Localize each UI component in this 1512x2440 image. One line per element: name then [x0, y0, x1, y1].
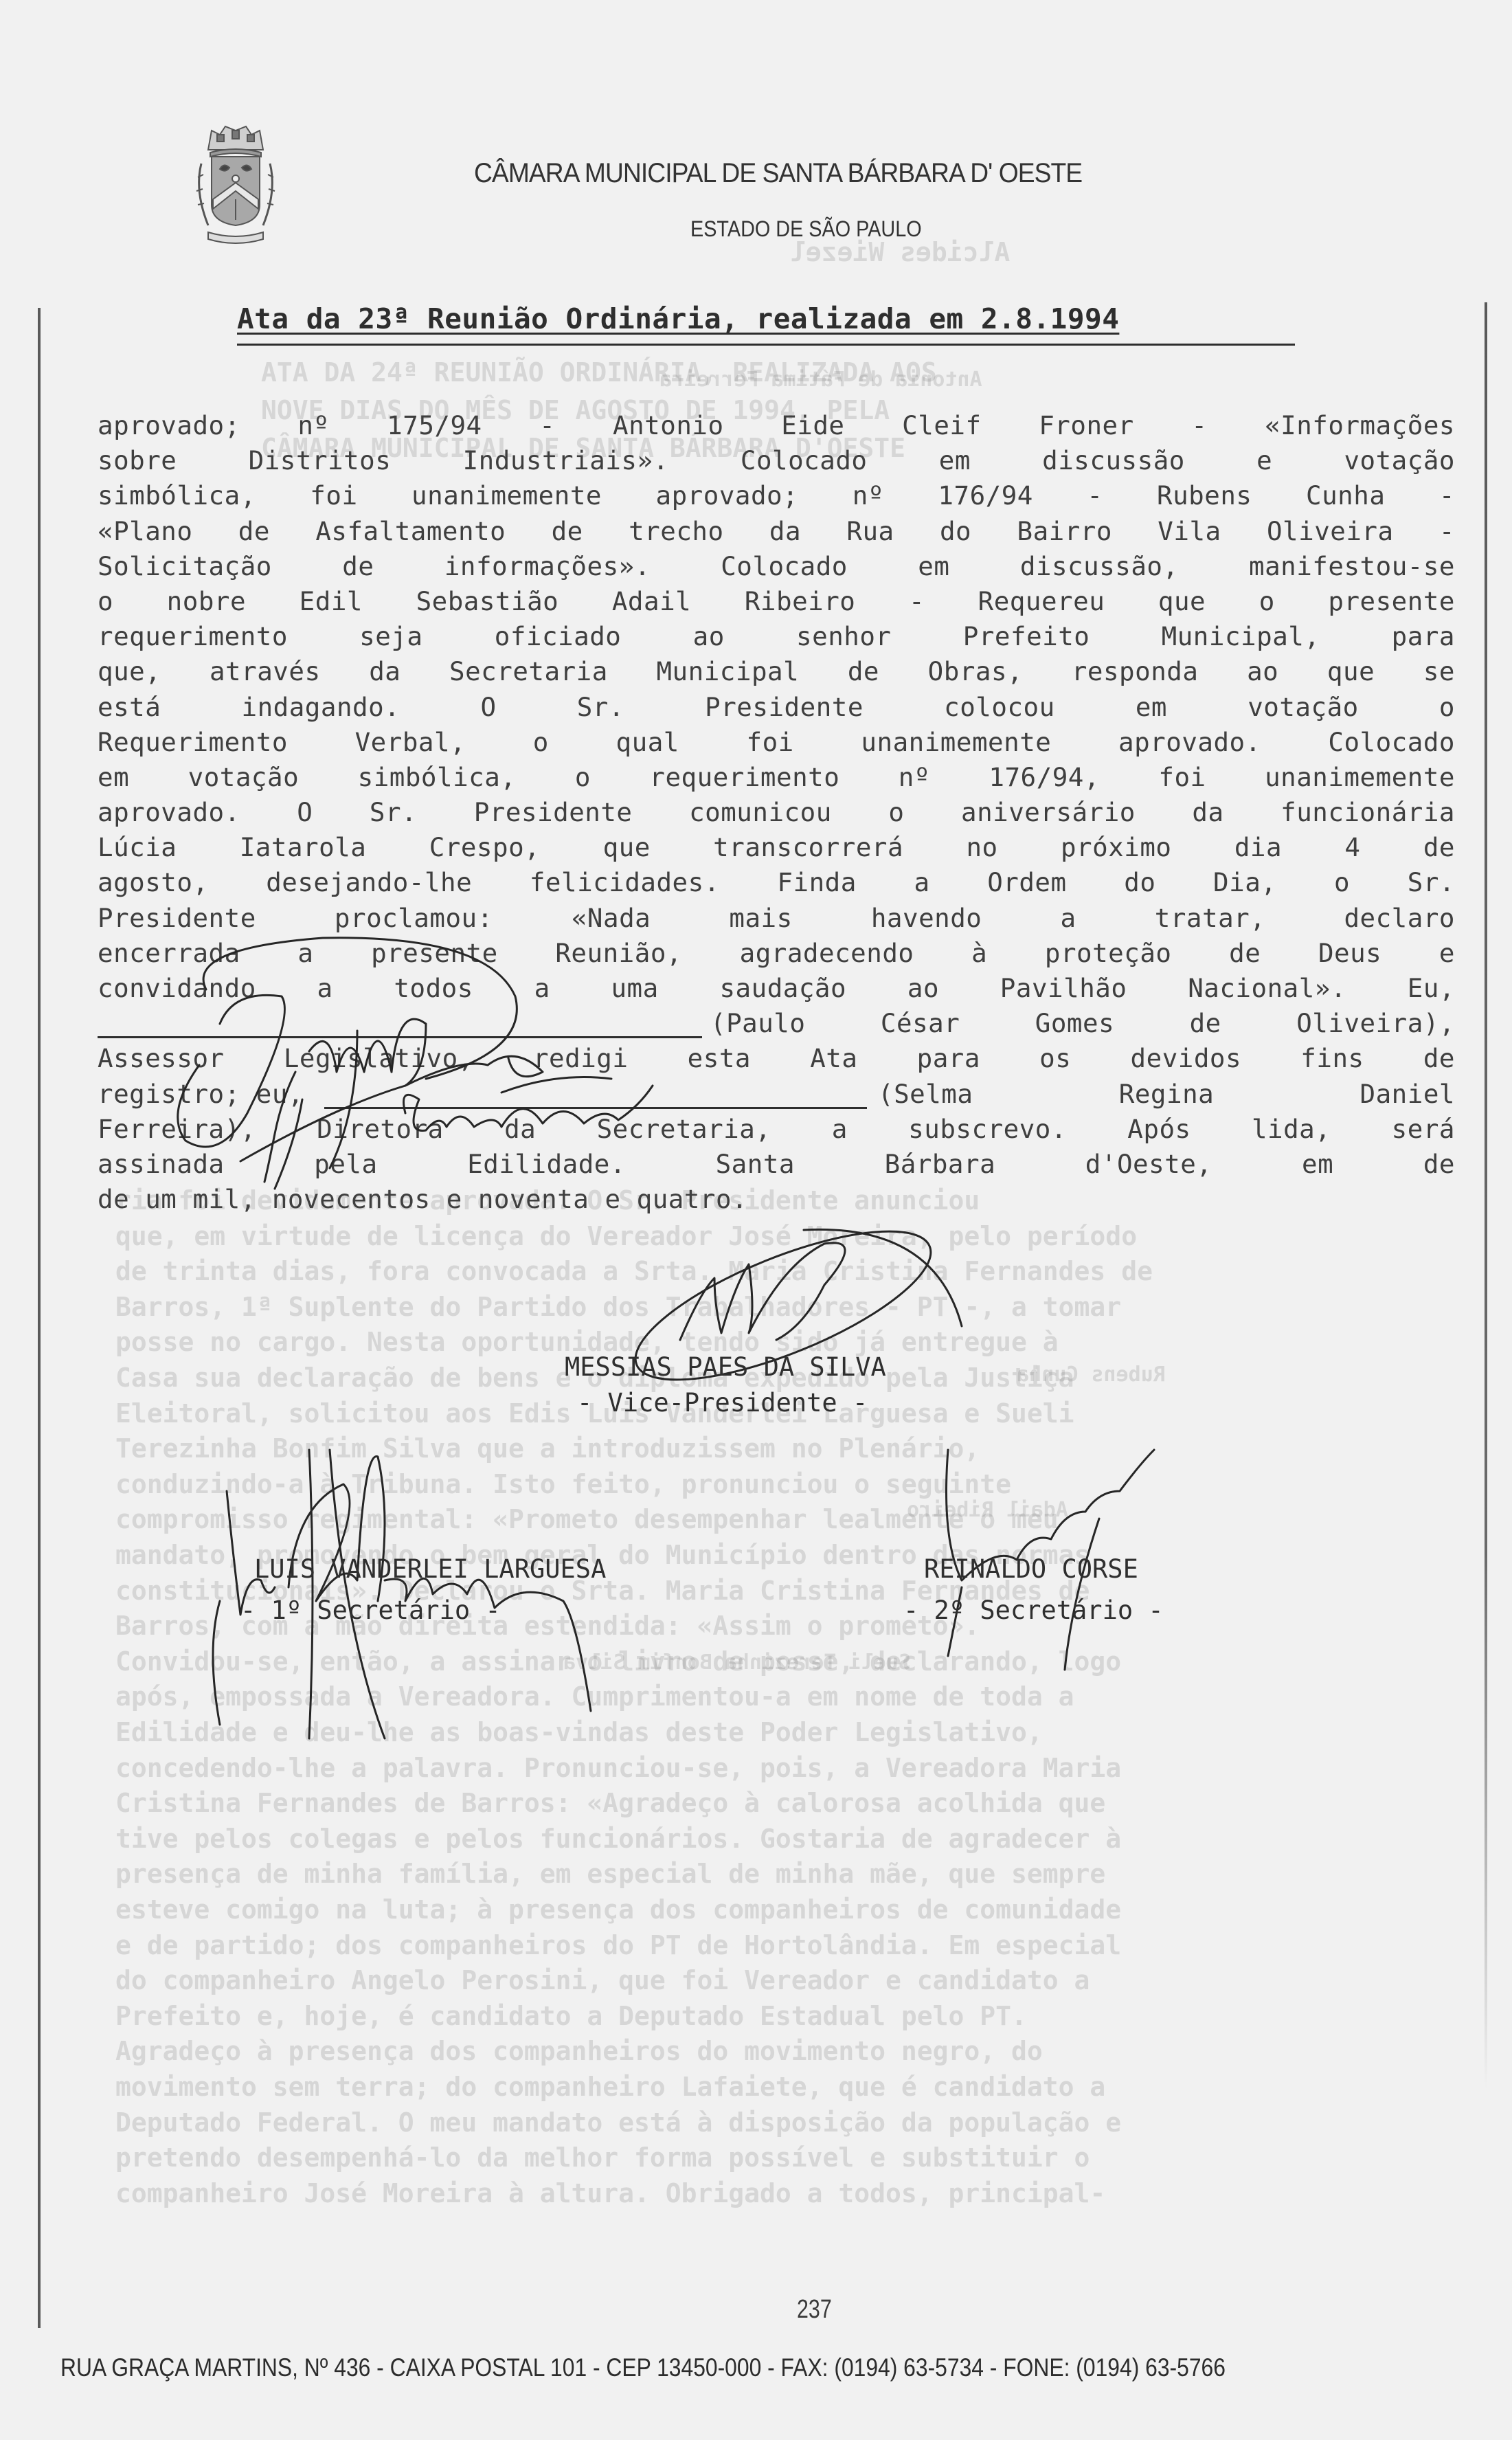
body-line: sobre Distritos Industriais». Colocado e…: [98, 443, 1455, 478]
body-line: Lúcia Iatarola Crespo, que transcorrerá …: [98, 830, 1455, 865]
second-secretary-role: - 2º Secretário -: [903, 1596, 1164, 1625]
subscriber-name: (Selma Regina Daniel: [878, 1077, 1455, 1112]
ghost-text-line: do companheiro Angelo Perosini, que foi …: [115, 1965, 1090, 1995]
body-line: «Plano de Asfaltamento de trecho da Rua …: [98, 514, 1455, 549]
first-secretary-role: - 1º Secretário -: [240, 1596, 501, 1625]
ghost-text-line: pretendo desempenhá-lo da melhor forma p…: [115, 2142, 1090, 2173]
body-line: requerimento seja oficiado ao senhor Pre…: [98, 619, 1455, 654]
organization-name: CÂMARA MUNICIPAL DE SANTA BÁRBARA D' OES…: [474, 158, 1082, 189]
title-underline: [237, 344, 1295, 346]
second-secretary-name: REINALDO CORSE: [924, 1554, 1138, 1584]
body-line: Solicitação de informações». Colocado em…: [98, 549, 1455, 584]
vice-president-role: - Vice-Presidente -: [577, 1388, 868, 1418]
ghost-text-line: esteve comigo na luta; à presença dos co…: [115, 1894, 1121, 1925]
coat-of-arms-icon: [184, 122, 287, 249]
document-title: Ata da 23ª Reunião Ordinária, realizada …: [237, 302, 1119, 335]
ghost-text-line: concedendo-lhe a palavra. Pronunciou-se,…: [115, 1753, 1121, 1783]
ghost-text-line: tive pelos colegas e pelos funcionários.…: [115, 1824, 1121, 1854]
body-line: o nobre Edil Sebastião Adail Ribeiro - R…: [98, 584, 1455, 619]
ghost-text-line: Cristina Fernandes de Barros: «Agradeço …: [115, 1788, 1105, 1818]
signature-selma-regina: [199, 1058, 680, 1196]
ghost-text-line: movimento sem terra; do companheiro Lafa…: [115, 2072, 1105, 2102]
body-line: agosto, desejando-lhe felicidades. Finda…: [98, 865, 1455, 900]
organization-state: ESTADO DE SÃO PAULO: [690, 216, 922, 242]
ghost-text-line: presença de minha família, em especial d…: [115, 1859, 1105, 1889]
body-line: está indagando. O Sr. Presidente colocou…: [98, 690, 1455, 725]
ghost-text-line: Deputado Federal. O meu mandato está à d…: [115, 2107, 1121, 2138]
signature-reinaldo-corse: [893, 1422, 1223, 1670]
body-line: aprovado. O Sr. Presidente comunicou o a…: [98, 795, 1455, 830]
ghost-text-line: e de partido; dos companheiros do PT de …: [115, 1930, 1121, 1960]
body-line: simbólica, foi unanimemente aprovado; nº…: [98, 478, 1455, 513]
footer-address: RUA GRAÇA MARTINS, Nº 436 - CAIXA POSTAL…: [60, 2353, 1226, 2382]
ghost-text-line: Agradeço à presença dos companheiros do …: [115, 2036, 1043, 2066]
bleed-through-layer: Alcides Wiezel Antonia de Fátima Ferreir…: [0, 0, 1512, 2440]
redactor-name: (Paulo César Gomes de Oliveira),: [710, 1006, 1455, 1041]
ghost-text-line: ATA DA 24ª REUNIÃO ORDINÁRIA, REALIZADA …: [261, 357, 937, 388]
body-line: Requerimento Verbal, o qual foi unanimem…: [98, 725, 1455, 760]
body-line: aprovado; nº 175/94 - Antonio Eide Cleif…: [98, 408, 1455, 443]
ghost-text-line: Prefeito e, hoje, é candidato a Deputado…: [115, 2001, 1027, 2031]
first-secretary-name: LUIS VANDERLEI LARGUESA: [254, 1554, 606, 1584]
left-border-line: [38, 308, 41, 2328]
ghost-text-line: companheiro José Moreira à altura. Obrig…: [115, 2178, 1105, 2208]
page-number: 237: [797, 2295, 832, 2325]
vice-president-name: MESSIAS PAES DA SILVA: [565, 1352, 886, 1382]
body-line: que, através da Secretaria Municipal de …: [98, 654, 1455, 689]
right-border-line: [1485, 302, 1487, 2089]
body-line: em votação simbólica, o requerimento nº …: [98, 760, 1455, 795]
